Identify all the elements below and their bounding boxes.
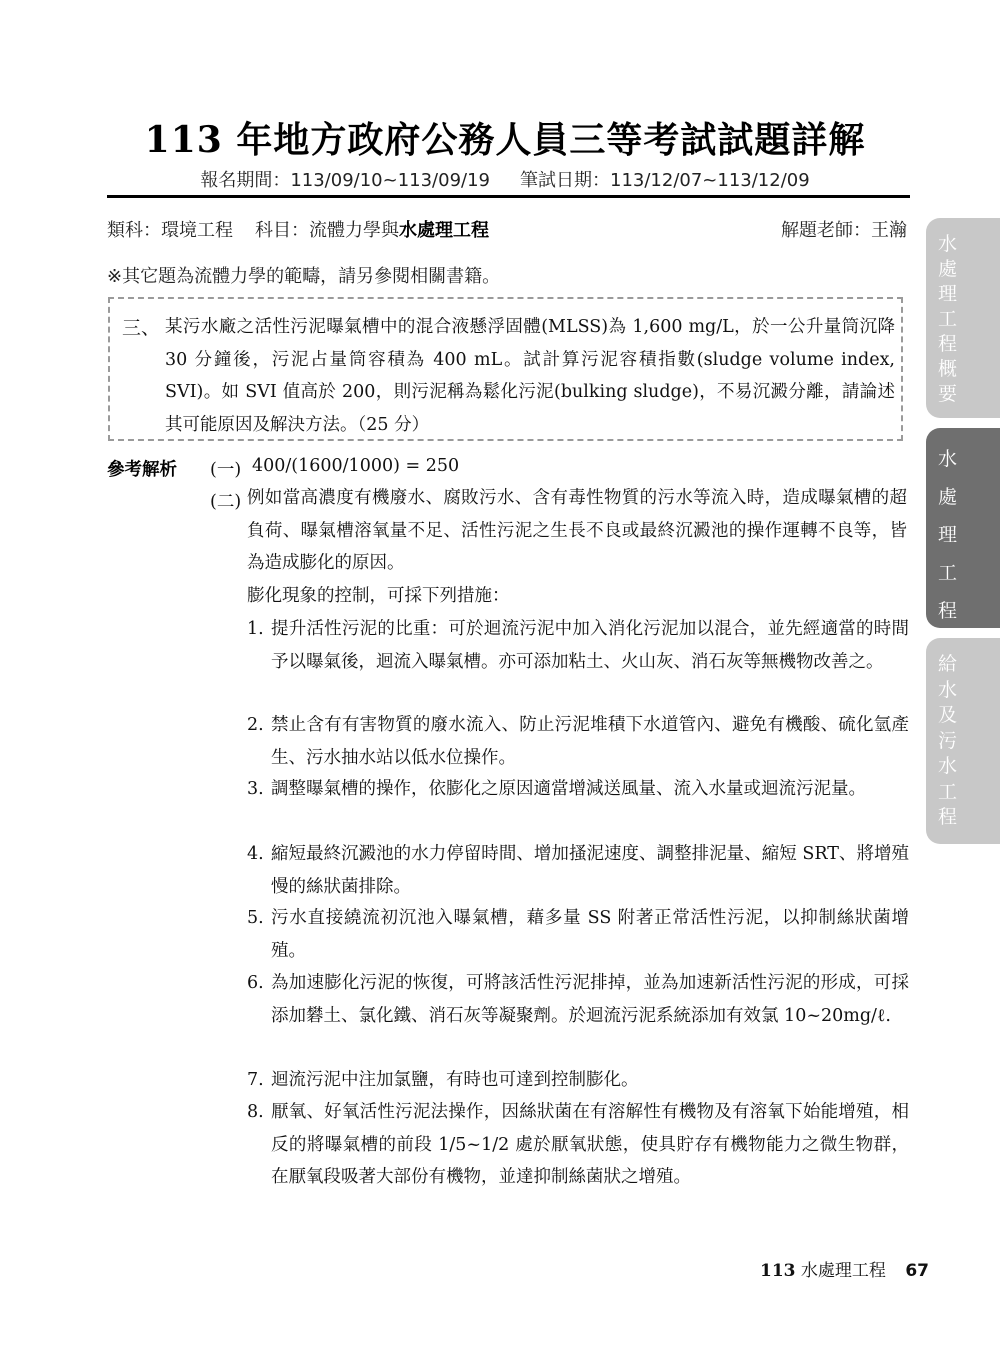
list-item: 2. 禁止含有有害物質的廢水流入、防止污泥堆積下水道管內、避免有機酸、硫化氫產生… bbox=[247, 709, 909, 774]
side-tab-water-treatment-active[interactable]: 水 處 理 工 程 bbox=[926, 428, 1000, 628]
list-item: 4. 縮短最終沉澱池的水力停留時間、增加搔泥速度、調整排泥量、縮短 SRT、將增… bbox=[247, 838, 909, 903]
question-box: 三、 某污水廠之活性污泥曝氣槽中的混合液懸浮固體(MLSS)為 1,600 mg… bbox=[108, 297, 903, 441]
answer-part2-text: 例如當高濃度有機廢水、腐敗污水、含有毒性物質的污水等流入時，造成曝氣槽的超負荷、… bbox=[247, 482, 907, 580]
answer-label: 參考解析 bbox=[107, 456, 177, 481]
teacher: 解題老師：王瀚 bbox=[781, 216, 907, 242]
tab-char: 工 bbox=[938, 554, 1000, 592]
answer-part2-marker: (二) bbox=[210, 488, 241, 513]
tab-char: 程 bbox=[938, 805, 1000, 831]
item-text: 污水直接繞流初沉池入曝氣槽，藉多量 SS 附著正常活性污泥，以抑制絲狀菌增殖。 bbox=[271, 902, 909, 967]
exam-dates: 報名期間：113/09/10~113/09/19筆試日期：113/12/07~1… bbox=[100, 166, 910, 192]
item-number: 4. bbox=[247, 838, 269, 871]
tab-char: 水 bbox=[938, 440, 1000, 478]
side-tab-water-treatment-overview[interactable]: 水 處 理 工 程 概 要 bbox=[926, 218, 1000, 418]
list-item: 3. 調整曝氣槽的操作，依膨化之原因適當增減送風量、流入水量或迴流污泥量。 bbox=[247, 773, 909, 806]
item-number: 7. bbox=[247, 1064, 269, 1097]
control-intro: 膨化現象的控制，可採下列措施： bbox=[247, 580, 907, 613]
list-item: 8. 厭氧、好氧活性污泥法操作，因絲狀菌在有溶解性有機物及有溶氧下始能增殖，相反… bbox=[247, 1096, 909, 1194]
side-tab-water-supply-sewage[interactable]: 給 水 及 污 水 工 程 bbox=[926, 638, 1000, 844]
item-text: 調整曝氣槽的操作，依膨化之原因適當增減送風量、流入水量或迴流污泥量。 bbox=[271, 773, 909, 806]
question-text: 某污水廠之活性污泥曝氣槽中的混合液懸浮固體(MLSS)為 1,600 mg/L，… bbox=[165, 311, 895, 441]
tab-char: 給 bbox=[938, 652, 1000, 678]
title-divider bbox=[107, 195, 910, 198]
item-number: 8. bbox=[247, 1096, 269, 1129]
list-item: 5. 污水直接繞流初沉池入曝氣槽，藉多量 SS 附著正常活性污泥，以抑制絲狀菌增… bbox=[247, 902, 909, 967]
tab-char: 處 bbox=[938, 478, 1000, 516]
tab-char: 程 bbox=[938, 592, 1000, 630]
item-number: 6. bbox=[247, 967, 269, 1000]
tab-char: 水 bbox=[938, 678, 1000, 704]
item-text: 禁止含有有害物質的廢水流入、防止污泥堆積下水道管內、避免有機酸、硫化氫產生、污水… bbox=[271, 709, 909, 774]
category: 類科：環境工程 bbox=[107, 220, 233, 241]
tab-char: 概 bbox=[938, 357, 1000, 382]
page-number: 67 bbox=[905, 1261, 929, 1281]
footer-book: 水處理工程 bbox=[801, 1261, 886, 1281]
scope-note: ※其它題為流體力學的範疇，請另參閱相關書籍。 bbox=[107, 262, 500, 288]
page-title: 113 年地方政府公務人員三等考試試題詳解 bbox=[100, 112, 910, 163]
item-text: 厭氧、好氧活性污泥法操作，因絲狀菌在有溶解性有機物及有溶氧下始能增殖，相反的將曝… bbox=[271, 1096, 909, 1194]
subject-highlight: 水處理工程 bbox=[399, 220, 489, 241]
question-number: 三、 bbox=[122, 313, 160, 340]
list-item: 7. 迴流污泥中注加氯鹽，有時也可達到控制膨化。 bbox=[247, 1064, 909, 1097]
subject-prefix: 科目：流體力學與 bbox=[255, 220, 399, 241]
item-text: 為加速膨化污泥的恢復，可將該活性污泥排掉，並為加速新活性污泥的形成，可採添加礬土… bbox=[271, 967, 909, 1032]
item-text: 迴流污泥中注加氯鹽，有時也可達到控制膨化。 bbox=[271, 1064, 909, 1097]
item-number: 1. bbox=[247, 613, 269, 646]
exam-meta: 類科：環境工程科目：流體力學與水處理工程 解題老師：王瀚 bbox=[107, 216, 907, 242]
tab-char: 要 bbox=[938, 382, 1000, 407]
answer-part1-formula: 400/(1600/1000) = 250 bbox=[252, 456, 459, 476]
registration-period: 報名期間：113/09/10~113/09/19 bbox=[200, 170, 490, 191]
item-number: 5. bbox=[247, 902, 269, 935]
tab-char: 水 bbox=[938, 232, 1000, 257]
list-item: 6. 為加速膨化污泥的恢復，可將該活性污泥排掉，並為加速新活性污泥的形成，可採添… bbox=[247, 967, 909, 1032]
item-number: 3. bbox=[247, 773, 269, 806]
tab-char: 工 bbox=[938, 780, 1000, 806]
answer-part1-marker: (一) bbox=[210, 456, 241, 481]
tab-char: 污 bbox=[938, 729, 1000, 755]
tab-char: 及 bbox=[938, 703, 1000, 729]
page-footer: 113 水處理工程 67 bbox=[760, 1256, 929, 1281]
item-text: 提升活性污泥的比重：可於迴流污泥中加入消化污泥加以混合，並先經適當的時間予以曝氣… bbox=[271, 613, 909, 678]
tab-char: 理 bbox=[938, 516, 1000, 554]
tab-char: 水 bbox=[938, 754, 1000, 780]
tab-char: 處 bbox=[938, 257, 1000, 282]
item-number: 2. bbox=[247, 709, 269, 742]
tab-char: 工 bbox=[938, 307, 1000, 332]
footer-year: 113 bbox=[760, 1261, 796, 1281]
exam-date: 筆試日期：113/12/07~113/12/09 bbox=[520, 170, 810, 191]
list-item: 1. 提升活性污泥的比重：可於迴流污泥中加入消化污泥加以混合，並先經適當的時間予… bbox=[247, 613, 909, 678]
tab-char: 程 bbox=[938, 332, 1000, 357]
tab-char: 理 bbox=[938, 282, 1000, 307]
item-text: 縮短最終沉澱池的水力停留時間、增加搔泥速度、調整排泥量、縮短 SRT、將增殖慢的… bbox=[271, 838, 909, 903]
